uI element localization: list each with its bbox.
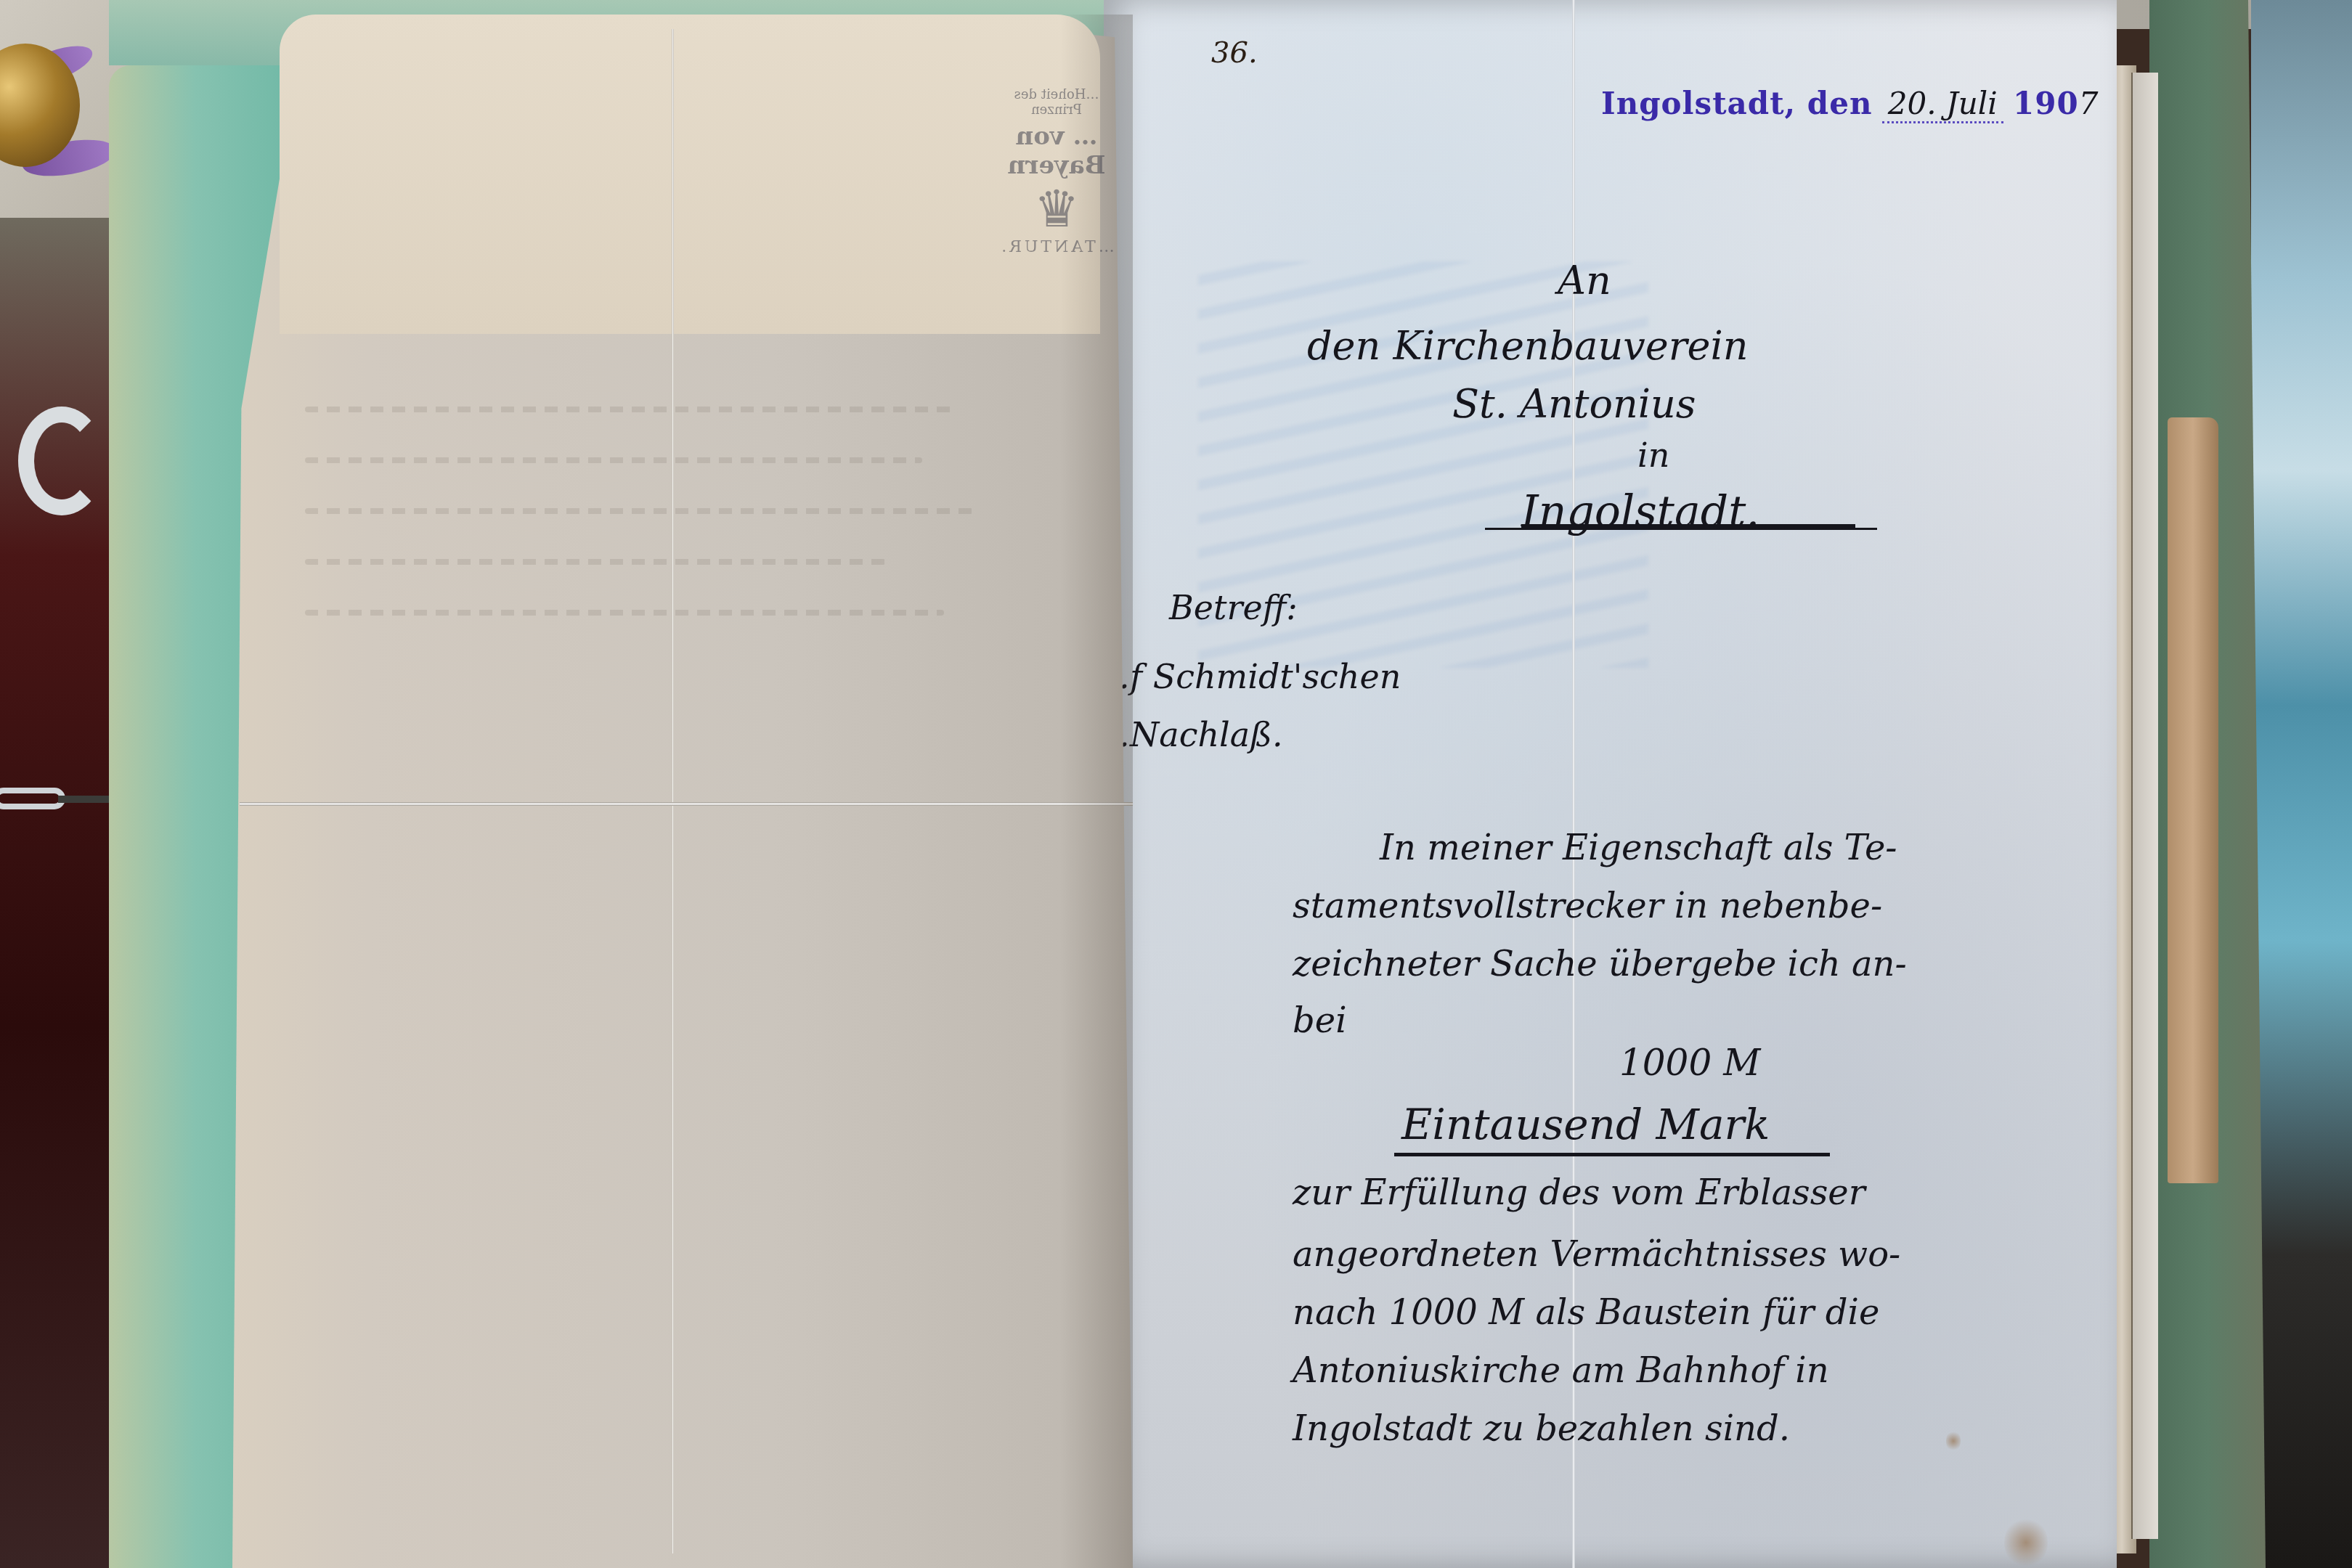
amount-underline	[1394, 1153, 1830, 1156]
folio-number: 36.	[1211, 36, 1258, 70]
amount-figure: 1000 M	[1619, 1042, 1760, 1084]
body-line: bei	[1293, 1000, 1346, 1041]
letterhead-year-prefix: 190	[2013, 86, 2079, 121]
subject-line-1: …f Schmidt'schen	[1096, 657, 1401, 696]
letterhead-dateline: Ingolstadt, den 20. Juli 1907	[1601, 86, 2098, 121]
letter-year-suffix: 7	[2079, 86, 2099, 121]
letter-page-right	[1104, 0, 2117, 1568]
recipient-line-2: den Kirchenbauverein	[1307, 323, 1748, 369]
paper-fold-crease	[240, 802, 1133, 806]
page-flap-top	[280, 15, 1100, 334]
subject-label: Betreff:	[1169, 588, 1298, 627]
silver-hook-object	[0, 788, 65, 809]
silver-ring-object	[18, 407, 105, 515]
letterhead-place: Ingolstadt, den	[1601, 86, 1872, 121]
body-line: Antoniuskirche am Bahnhof in	[1293, 1350, 1829, 1391]
amount-words: Eintausend Mark	[1401, 1100, 1770, 1149]
body-line: zeichneter Sache übergebe ich an-	[1293, 944, 1907, 984]
paper-fold-crease	[672, 29, 674, 1553]
paper-stain	[2004, 1517, 2048, 1568]
page-stack-edge	[2131, 73, 2158, 1539]
letter-date: 20. Juli	[1882, 86, 2003, 123]
paper-stain	[1946, 1430, 1961, 1452]
glass-object-background	[2251, 0, 2352, 1568]
stamp-line-2: … von Bayern	[995, 122, 1118, 180]
crest-icon: ♛	[995, 180, 1118, 238]
body-line: stamentsvollstrecker in nebenbe-	[1293, 886, 1882, 926]
kraft-paper-tab	[2168, 417, 2218, 1183]
body-line: angeordneten Vermächtnisses wo-	[1293, 1234, 1900, 1275]
stamp-line-1: …Hoheit des Prinzen	[995, 87, 1118, 118]
metal-rod	[58, 796, 113, 803]
city-underline-thin	[1485, 528, 1877, 530]
body-line: nach 1000 M als Baustein für die	[1293, 1292, 1879, 1333]
recipient-line-3: St. Antonius	[1452, 381, 1696, 427]
paper-fold-crease	[1572, 0, 1575, 1568]
mirrored-stamp-showthrough: …Hoheit des Prinzen … von Bayern ♛ …TANT…	[995, 87, 1118, 276]
body-line: In meiner Eigenschaft als Te-	[1380, 828, 1897, 868]
recipient-line-4: in	[1637, 436, 1669, 475]
recipient-line-1: An	[1558, 258, 1611, 303]
stamp-line-3: …TANTUR.	[995, 238, 1118, 256]
body-line: Ingolstadt zu bezahlen sind.	[1293, 1408, 1790, 1449]
show-through-handwriting	[305, 407, 1031, 740]
body-line: zur Erfüllung des vom Erblasser	[1293, 1172, 1865, 1213]
